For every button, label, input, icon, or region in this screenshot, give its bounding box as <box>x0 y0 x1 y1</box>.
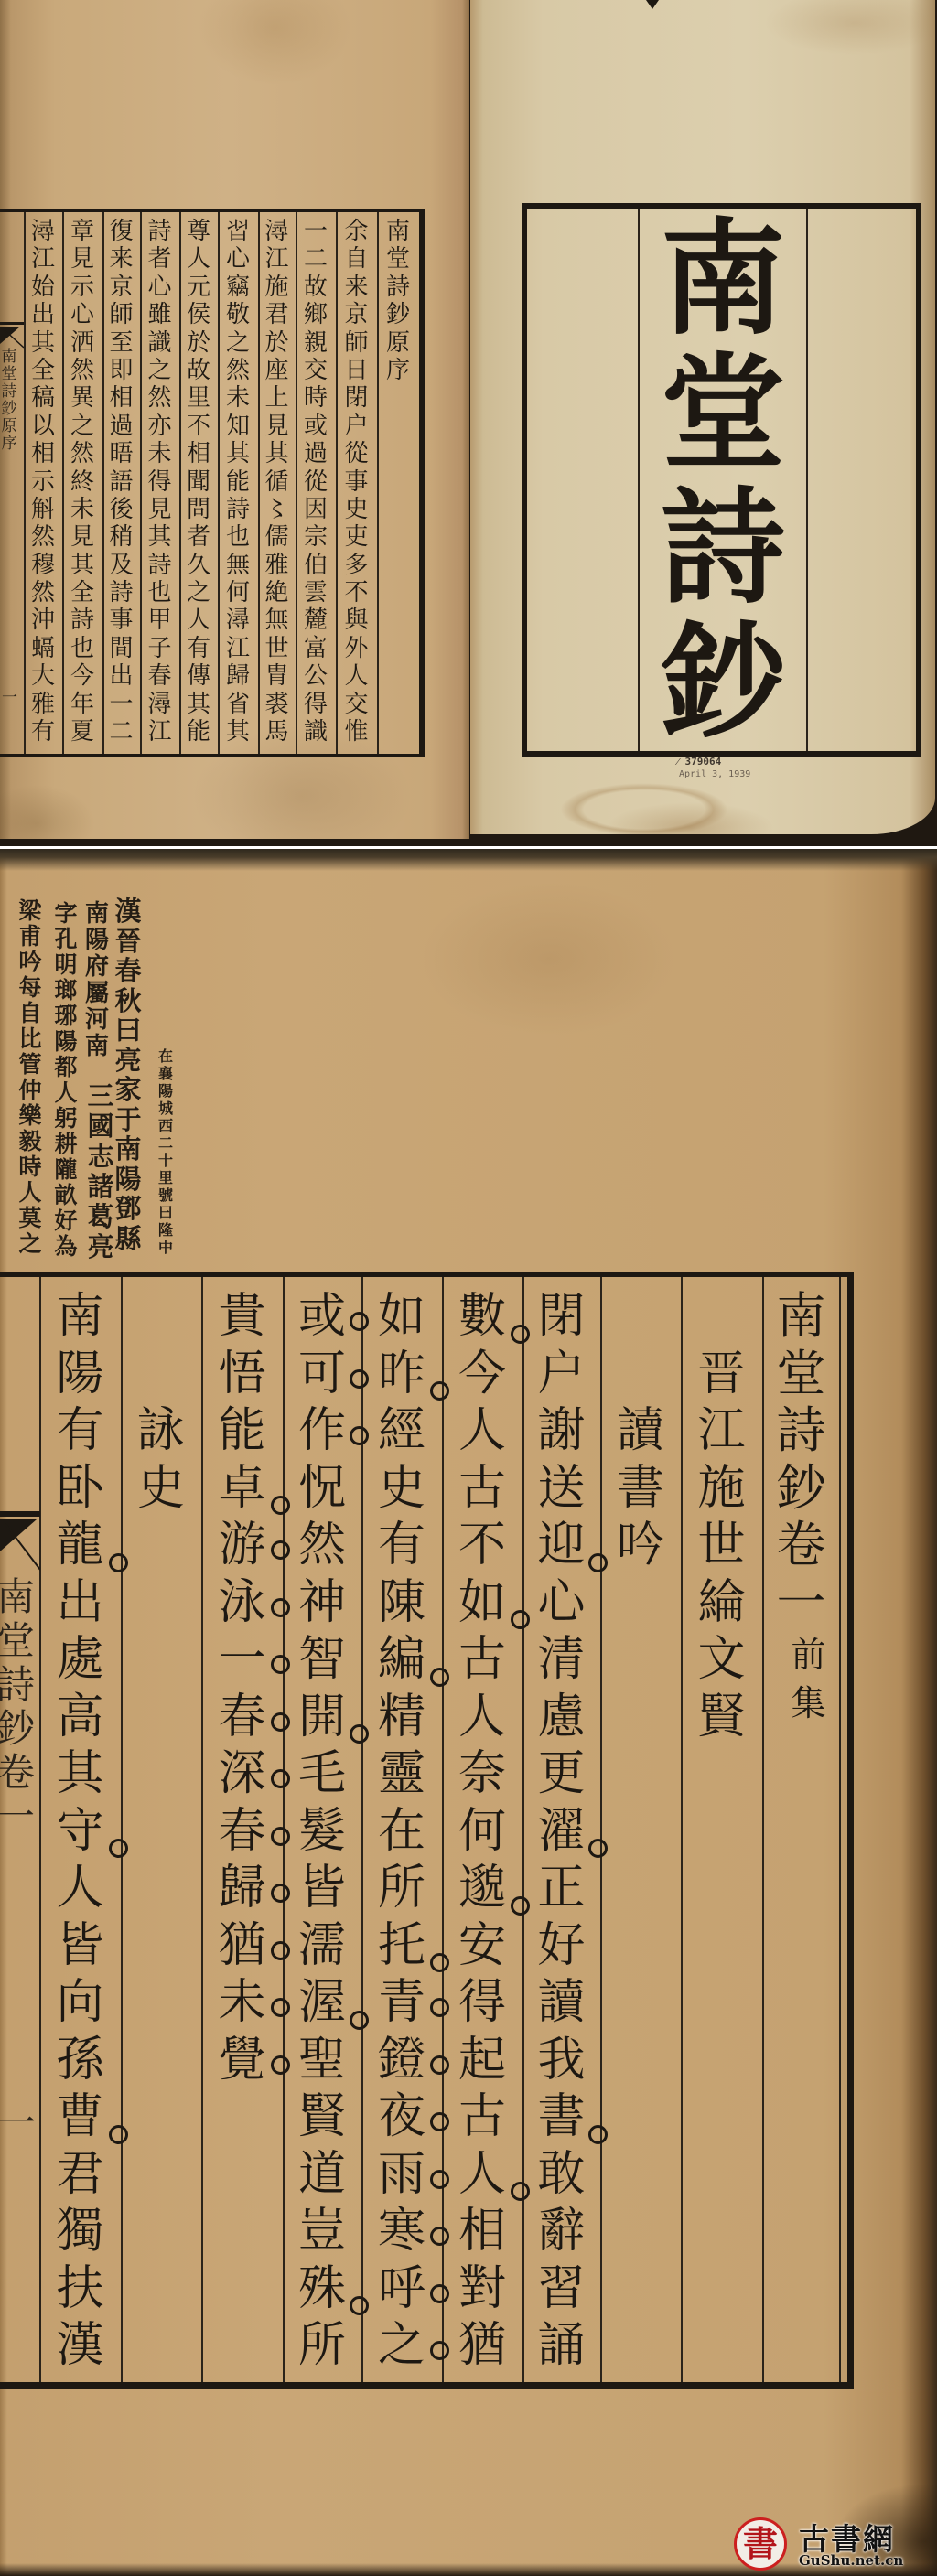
glyph: 之 <box>16 1231 45 1257</box>
glyph: 交 <box>296 357 336 384</box>
glyph: 施 <box>258 274 296 301</box>
glyph: 字 <box>51 901 81 927</box>
glyph: 堂 <box>0 1619 38 1663</box>
glyph: 堂 <box>0 366 22 383</box>
glyph: 堂 <box>377 245 419 273</box>
glyph: 余 <box>336 218 377 245</box>
glyph: 也 <box>218 523 258 551</box>
glyph: 故 <box>296 274 336 301</box>
banxin-title: 南堂詩鈔卷一 <box>0 1575 38 1839</box>
glyph: 得 <box>296 691 336 718</box>
glyph: 於 <box>258 329 296 357</box>
glyph: 堂 <box>762 1346 840 1403</box>
glyph: 賢 <box>283 2088 361 2146</box>
glyph: 竊 <box>218 274 258 301</box>
glyph: 國 <box>85 1111 116 1142</box>
glyph: 侯 <box>179 301 218 328</box>
glyph: 讀 <box>522 1974 600 2032</box>
indent-space <box>121 1288 201 1346</box>
glyph: 精 <box>361 1689 442 1746</box>
glyph: 漢 <box>39 2317 121 2375</box>
glyph: 有 <box>179 635 218 662</box>
glyph: 外 <box>336 635 377 662</box>
glyph: 能 <box>218 468 258 496</box>
glyph: 識 <box>296 718 336 746</box>
glyph: 子 <box>140 635 179 662</box>
glyph: 人 <box>179 606 218 634</box>
glyph: 未 <box>62 496 102 523</box>
glyph: 陽 <box>39 1346 121 1403</box>
glyph: 寒 <box>361 2203 442 2260</box>
glyph: 即 <box>102 357 140 384</box>
glyph: 人 <box>39 1860 121 1917</box>
glyph: 曰 <box>156 1204 176 1221</box>
glyph: 好 <box>522 1917 600 1975</box>
poem-text-column: 閉户謝送迎心清慮更濯正好讀我書敢辭習誦 <box>522 1288 600 2375</box>
glyph: 胄 <box>258 662 296 690</box>
glyph: 事 <box>102 606 140 634</box>
glyph: 之 <box>179 579 218 606</box>
glyph: 詩 <box>218 496 258 523</box>
glyph: 者 <box>140 245 179 273</box>
glyph: 見 <box>258 413 296 440</box>
glyph: 好 <box>51 1208 81 1234</box>
glyph: 自 <box>336 245 377 273</box>
glyph: 智 <box>283 1631 361 1689</box>
glyph: 毛 <box>283 1745 361 1803</box>
glyph: 古 <box>442 2088 522 2146</box>
glyph: 或 <box>283 1288 361 1346</box>
glyph: 悟 <box>201 1346 283 1403</box>
glyph: 前 <box>762 1631 840 1680</box>
glyph: 其 <box>218 440 258 467</box>
glyph: 春 <box>140 662 179 690</box>
glyph: 里 <box>179 384 218 412</box>
glyph: 莫 <box>16 1206 45 1231</box>
glyph: 不 <box>179 413 218 440</box>
glyph: 然 <box>62 440 102 467</box>
poem-title-column: 詠史 <box>121 1288 201 1517</box>
glyph: 南 <box>112 1134 145 1165</box>
glyph: 泳 <box>201 1574 283 1632</box>
glyph: 上 <box>258 384 296 412</box>
glyph: 何 <box>442 1803 522 1861</box>
glyph: 見 <box>62 523 102 551</box>
glyph: 一 <box>762 1574 840 1632</box>
glyph: 或 <box>296 413 336 440</box>
handwritten-note-column: 三國志諸葛亮 <box>85 1081 116 1262</box>
glyph: 慮 <box>522 1689 600 1746</box>
glyph: 明 <box>51 952 81 978</box>
glyph: 全 <box>24 357 62 384</box>
glyph: 序 <box>377 357 419 384</box>
glyph: 吟 <box>16 950 45 975</box>
glyph: 日 <box>336 357 377 384</box>
glyph: 有 <box>39 1402 121 1460</box>
glyph: 也 <box>140 579 179 606</box>
glyph: 人 <box>442 2146 522 2204</box>
glyph: 襄 <box>156 1065 176 1082</box>
glyph: 甫 <box>16 924 45 950</box>
glyph: 誦 <box>522 2317 600 2375</box>
glyph: 南 <box>762 1288 840 1346</box>
glyph: 江 <box>218 635 258 662</box>
glyph: 吏 <box>336 523 377 551</box>
glyph: 詩 <box>0 383 22 401</box>
glyph: 南 <box>82 1034 112 1060</box>
glyph: 公 <box>296 662 336 690</box>
glyph: 史 <box>361 1460 442 1518</box>
glyph: 習 <box>522 2260 600 2318</box>
glyph: 隆 <box>156 1221 176 1239</box>
glyph: 然 <box>24 523 62 551</box>
glyph: 呼 <box>361 2260 442 2318</box>
glyph: 人 <box>442 1402 522 1460</box>
glyph: 大 <box>24 662 62 690</box>
glyph: 怳 <box>283 1460 361 1518</box>
glyph: 陳 <box>361 1574 442 1632</box>
glyph: 者 <box>179 523 218 551</box>
glyph: 守 <box>39 1803 121 1861</box>
glyph: 謝 <box>522 1402 600 1460</box>
glyph: 古 <box>442 1460 522 1518</box>
glyph: 文 <box>681 1631 762 1689</box>
glyph: 省 <box>218 691 258 718</box>
glyph: 春 <box>112 956 145 986</box>
glyph: 曰 <box>112 1015 145 1046</box>
glyph: 城 <box>156 1100 176 1117</box>
glyph: 正 <box>522 1860 600 1917</box>
indent-space <box>121 1346 201 1403</box>
glyph: 得 <box>442 1974 522 2032</box>
glyph: 殊 <box>283 2260 361 2318</box>
glyph: 向 <box>39 1974 121 2032</box>
glyph: 語 <box>102 468 140 496</box>
glyph: 江 <box>140 718 179 746</box>
glyph: 識 <box>140 329 179 357</box>
indent-space <box>600 1288 681 1346</box>
glyph: 尊 <box>179 218 218 245</box>
glyph: 鈔 <box>0 401 22 418</box>
glyph: 管 <box>16 1052 45 1078</box>
glyph: 出 <box>39 1574 121 1632</box>
preface-text-column: 潯江施君於座上見其循〻儒雅絶無世胄裘馬 <box>258 218 296 746</box>
glyph: 然 <box>218 357 258 384</box>
glyph: 從 <box>336 440 377 467</box>
glyph: 可 <box>283 1346 361 1403</box>
glyph: 鄧 <box>112 1194 145 1224</box>
glyph: 之 <box>218 329 258 357</box>
glyph: 春 <box>201 1803 283 1861</box>
glyph: 過 <box>102 413 140 440</box>
preface-text-column: 余自来京師日閉户從事史吏多不與外人交惟 <box>336 218 377 746</box>
glyph: 皆 <box>39 1917 121 1975</box>
glyph: 来 <box>102 245 140 273</box>
glyph: 雅 <box>24 691 62 718</box>
glyph: 辭 <box>522 2203 600 2260</box>
glyph: 有 <box>24 718 62 746</box>
fishtail-icon <box>0 1511 40 1573</box>
glyph: 志 <box>85 1142 116 1172</box>
glyph: 讀 <box>600 1402 681 1460</box>
glyph: 送 <box>522 1460 600 1518</box>
glyph: 猶 <box>442 2317 522 2375</box>
glyph: 起 <box>442 2032 522 2089</box>
glyph: 終 <box>62 468 102 496</box>
glyph: 宗 <box>296 523 336 551</box>
glyph: 有 <box>361 1517 442 1574</box>
glyph: 皆 <box>283 1860 361 1917</box>
glyph: 游 <box>201 1517 283 1574</box>
gushu-seal-logo-icon: 書 <box>734 2517 787 2571</box>
glyph: 原 <box>377 329 419 357</box>
glyph: 一 <box>201 1631 283 1689</box>
glyph: 麓 <box>296 606 336 634</box>
glyph: 從 <box>296 468 336 496</box>
glyph: 循 <box>258 468 296 496</box>
glyph: 雅 <box>258 552 296 579</box>
glyph: 聞 <box>179 468 218 496</box>
preface-text-column: 章見示心洒然異之然終未見其全詩也今年夏 <box>62 218 102 746</box>
glyph: 所 <box>283 2317 361 2375</box>
glyph: 更 <box>522 1745 600 1803</box>
glyph: 史 <box>121 1460 201 1518</box>
glyph: 孔 <box>51 927 81 952</box>
glyph: 未 <box>140 440 179 467</box>
glyph: 不 <box>336 579 377 606</box>
glyph: 陽 <box>112 1165 145 1195</box>
glyph: 潯 <box>140 691 179 718</box>
indent-space <box>600 1346 681 1403</box>
glyph: 都 <box>51 1055 81 1080</box>
glyph: 西 <box>156 1117 176 1134</box>
glyph: 其 <box>24 329 62 357</box>
glyph: 不 <box>442 1517 522 1574</box>
glyph: 及 <box>102 552 140 579</box>
library-stamp-date: April 3, 1939 <box>679 769 750 779</box>
glyph: 綸 <box>681 1574 762 1632</box>
glyph: 雨 <box>361 2146 442 2204</box>
glyph: 知 <box>218 413 258 440</box>
glyph: 其 <box>39 1745 121 1803</box>
glyph: 户 <box>336 413 377 440</box>
glyph: 春 <box>201 1689 283 1746</box>
preface-page-number: 一 <box>2 684 17 707</box>
glyph: 如 <box>442 1574 522 1632</box>
preface-title-column: 南堂詩鈔原序 <box>377 218 419 384</box>
glyph: 親 <box>296 329 336 357</box>
glyph: 昨 <box>361 1346 442 1403</box>
glyph: 里 <box>156 1169 176 1186</box>
glyph: 無 <box>258 606 296 634</box>
glyph: 序 <box>0 435 22 453</box>
glyph: 奈 <box>442 1745 522 1803</box>
glyph: 能 <box>179 718 218 746</box>
glyph: 晋 <box>681 1346 762 1403</box>
glyph: 人 <box>51 1080 81 1106</box>
glyph: 人 <box>442 1689 522 1746</box>
glyph: 年 <box>62 691 102 718</box>
preface-text-column: 一二故鄉親交時或過從因宗伯雲麓富公得識 <box>296 218 336 746</box>
glyph: 師 <box>336 329 377 357</box>
glyph: 鈔 <box>377 301 419 328</box>
handwritten-note-column: 字孔明瑯琊陽都人躬耕隴畝好為 <box>51 901 81 1260</box>
glyph: 鈔 <box>762 1460 840 1518</box>
glyph: 詩 <box>639 481 807 616</box>
glyph: 出 <box>102 662 140 690</box>
preface-text-column: 尊人元侯於故里不相聞問者久之人有傳其能 <box>179 218 218 746</box>
glyph: 賢 <box>681 1689 762 1746</box>
glyph: 豈 <box>283 2203 361 2260</box>
handwritten-note-column: 南陽府屬河南 <box>82 901 112 1060</box>
glyph: 習 <box>218 218 258 245</box>
glyph: 河 <box>82 1007 112 1034</box>
glyph: 吟 <box>600 1517 681 1574</box>
author-column: 晋江施世綸文賢 <box>681 1288 762 1745</box>
glyph: 江 <box>258 245 296 273</box>
glyph: 梁 <box>16 898 45 924</box>
glyph: 詩 <box>102 579 140 606</box>
glyph: 絶 <box>258 579 296 606</box>
book-title: 南堂詩鈔 <box>639 212 807 750</box>
glyph: 作 <box>283 1402 361 1460</box>
glyph: 每 <box>16 975 45 1001</box>
glyph: 縣 <box>112 1224 145 1254</box>
glyph: 事 <box>336 468 377 496</box>
glyph: 二 <box>102 718 140 746</box>
glyph: 洒 <box>62 329 102 357</box>
poem-text-column: 如昨經史有陳編精靈在所托青鐙夜雨寒呼之 <box>361 1288 442 2375</box>
preface-text-column: 潯江始出其全稿以相示斛然穆然沖螎大雅有 <box>24 218 62 746</box>
glyph: 高 <box>39 1689 121 1746</box>
glyph: 螎 <box>24 635 62 662</box>
glyph: 京 <box>336 301 377 328</box>
glyph: 来 <box>336 274 377 301</box>
glyph: 之 <box>140 357 179 384</box>
glyph: 一 <box>0 1795 38 1839</box>
glyph: 復 <box>102 218 140 245</box>
poem-text-column: 南陽有卧龍出處高其守人皆向孫曹君獨扶漢 <box>39 1288 121 2375</box>
glyph: 潯 <box>24 218 62 245</box>
glyph: 瑯 <box>51 978 81 1004</box>
glyph: 至 <box>102 329 140 357</box>
glyph: 漢 <box>112 896 145 927</box>
glyph: 南 <box>377 218 419 245</box>
glyph: 心 <box>62 301 102 328</box>
glyph: 未 <box>218 384 258 412</box>
glyph: 古 <box>442 1631 522 1689</box>
glyph: 鈔 <box>639 616 807 750</box>
glyph: 書 <box>522 2088 600 2146</box>
glyph: 神 <box>283 1574 361 1632</box>
glyph: 然 <box>140 384 179 412</box>
glyph: 心 <box>522 1574 600 1632</box>
handwritten-note-column: 梁甫吟每自比管仲樂毅時人莫之 <box>16 898 45 1257</box>
glyph: 之 <box>361 2317 442 2375</box>
glyph: 歸 <box>201 1860 283 1917</box>
glyph: 雲 <box>296 579 336 606</box>
glyph: 示 <box>62 274 102 301</box>
glyph: 問 <box>179 496 218 523</box>
glyph: 扶 <box>39 2260 121 2318</box>
glyph: 覺 <box>201 2032 283 2089</box>
glyph: 邈 <box>442 1860 522 1917</box>
glyph: 於 <box>179 329 218 357</box>
glyph: 斛 <box>24 496 62 523</box>
fishtail-icon <box>0 322 24 349</box>
preface-text-column: 詩者心雖識之然亦未得見其詩也甲子春潯江 <box>140 218 179 746</box>
glyph: 君 <box>258 301 296 328</box>
glyph: 中 <box>156 1239 176 1256</box>
glyph: 以 <box>24 413 62 440</box>
glyph: 君 <box>39 2146 121 2204</box>
handwritten-note-column: 漢晉春秋曰亮家于南陽鄧縣 <box>112 896 145 1253</box>
glyph: 座 <box>258 357 296 384</box>
glyph: 集 <box>762 1680 840 1728</box>
glyph: 畝 <box>51 1183 81 1208</box>
glyph: 多 <box>336 552 377 579</box>
glyph: 安 <box>442 1917 522 1975</box>
glyph: 南 <box>0 349 22 366</box>
glyph: 比 <box>16 1026 45 1052</box>
glyph: 卷 <box>0 1751 38 1795</box>
poem-title-column: 讀書吟 <box>600 1288 681 1574</box>
glyph: 傳 <box>179 662 218 690</box>
glyph: 書 <box>600 1460 681 1518</box>
glyph: 曹 <box>39 2088 121 2146</box>
glyph: 開 <box>283 1689 361 1746</box>
glyph: 潯 <box>258 218 296 245</box>
glyph: 然 <box>24 579 62 606</box>
glyph: 過 <box>296 440 336 467</box>
glyph: 編 <box>361 1631 442 1689</box>
glyph: 二 <box>156 1134 176 1152</box>
glyph: 間 <box>102 635 140 662</box>
glyph: 龍 <box>39 1517 121 1574</box>
glyph: 一 <box>296 218 336 245</box>
glyph: 濯 <box>522 1803 600 1861</box>
glyph: 世 <box>681 1517 762 1574</box>
glyph: 諸 <box>85 1172 116 1202</box>
glyph: 元 <box>179 274 218 301</box>
glyph: 之 <box>62 413 102 440</box>
glyph: 南 <box>39 1288 121 1346</box>
glyph: 隴 <box>51 1157 81 1183</box>
glyph: 南 <box>0 1575 38 1619</box>
glyph: 聖 <box>283 2032 361 2089</box>
glyph: 敬 <box>218 301 258 328</box>
glyph: 何 <box>218 579 258 606</box>
glyph: 十 <box>156 1152 176 1169</box>
glyph: 相 <box>24 440 62 467</box>
glyph: 夏 <box>62 718 102 746</box>
glyph: 原 <box>0 418 22 435</box>
glyph: 無 <box>218 552 258 579</box>
glyph: 因 <box>296 496 336 523</box>
glyph: 能 <box>201 1402 283 1460</box>
glyph: 猶 <box>201 1917 283 1975</box>
glyph: 心 <box>218 245 258 273</box>
glyph: 渥 <box>283 1974 361 2032</box>
glyph: 相 <box>179 440 218 467</box>
glyph: 示 <box>24 468 62 496</box>
glyph: 故 <box>179 357 218 384</box>
glyph: 詠 <box>121 1402 201 1460</box>
glyph: 惟 <box>336 718 377 746</box>
glyph: 在 <box>361 1803 442 1861</box>
glyph: 經 <box>361 1402 442 1460</box>
preface-text-column: 復来京師至即相過晤語後稍及詩事間出一二 <box>102 218 140 746</box>
